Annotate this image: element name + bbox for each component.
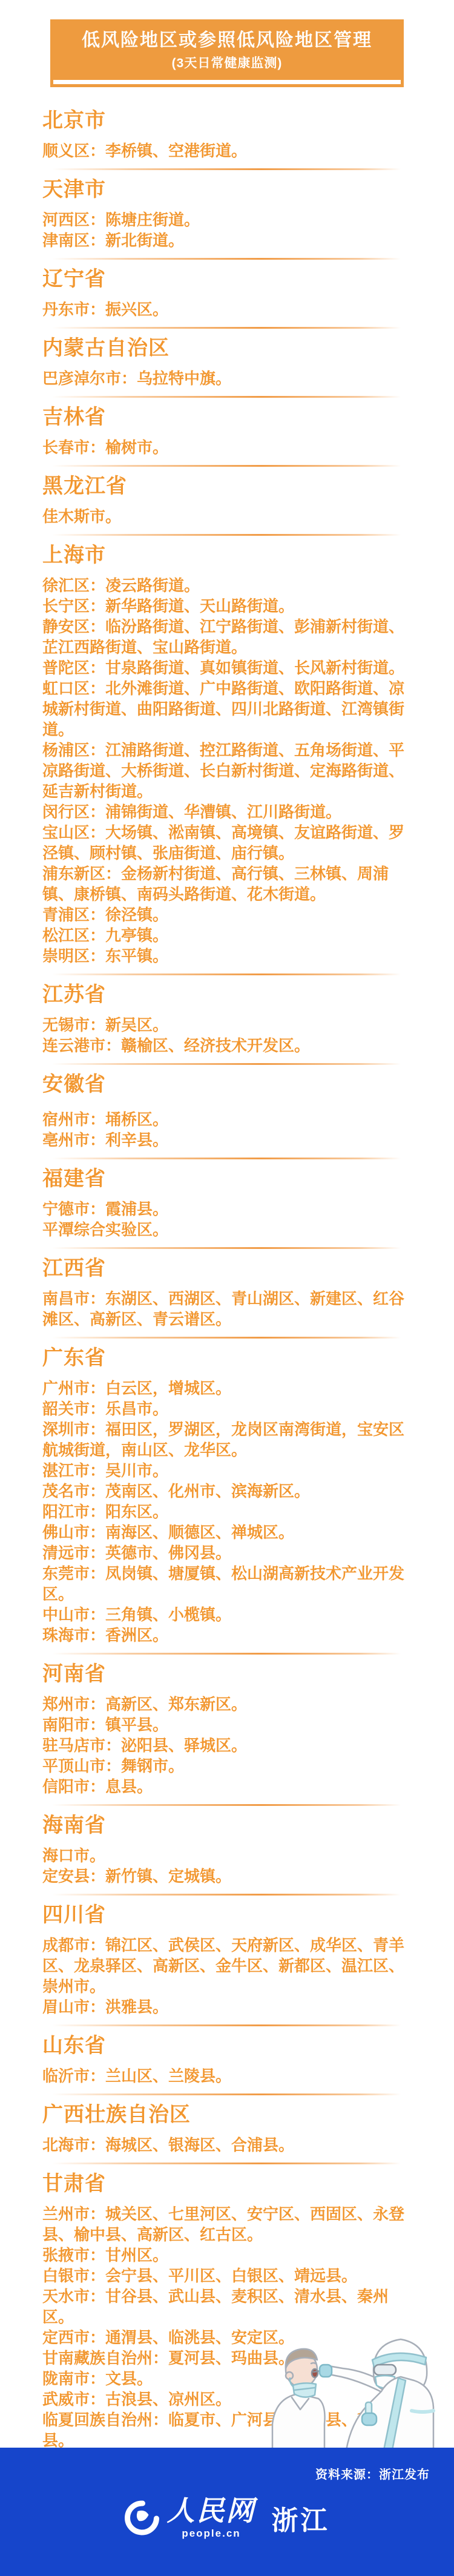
infographic-page: 低风险地区或参照低风险地区管理 (3天日常健康监测) 北京市顺义区：李桥镇、空港… (0, 0, 454, 2576)
province-section: 四川省成都市：锦江区、武侯区、天府新区、成华区、青羊区、龙泉驿区、高新区、金牛区… (42, 1903, 407, 2017)
province-heading: 天津市 (42, 178, 407, 201)
area-entry: 平顶山市：舞钢市。 (42, 1756, 407, 1776)
province-section: 江西省南昌市：东湖区、西湖区、青山湖区、新建区、红谷滩区、高新区、青云谱区。 (42, 1257, 407, 1329)
page-subtitle: (3天日常健康监测) (50, 56, 404, 71)
area-entry: 深圳市：福田区，罗湖区，龙岗区南湾街道，宝安区航城街道，南山区、龙华区。 (42, 1419, 407, 1460)
section-divider (52, 327, 401, 329)
logo-domain: people.cn (167, 2528, 256, 2540)
section-divider (52, 1653, 401, 1655)
area-entry: 南昌市：东湖区、西湖区、青山湖区、新建区、红谷滩区、高新区、青云谱区。 (42, 1288, 407, 1329)
people-cn-logo: 人民网 people.cn 浙江 (125, 2496, 330, 2540)
section-divider (52, 1063, 401, 1065)
section-divider (52, 1804, 401, 1806)
section-divider (52, 2163, 401, 2164)
section-divider (52, 168, 401, 170)
area-entry: 成都市：锦江区、武侯区、天府新区、成华区、青羊区、龙泉驿区、高新区、金牛区、新都… (42, 1935, 407, 1997)
section-divider (52, 1894, 401, 1896)
province-heading: 吉林省 (42, 406, 407, 429)
page-title: 低风险地区或参照低风险地区管理 (50, 29, 404, 52)
area-entry: 东莞市：凤岗镇、塘厦镇、松山湖高新技术产业开发区。 (42, 1563, 407, 1604)
area-entry: 驻马店市：泌阳县、驿城区。 (42, 1735, 407, 1756)
footer: 资料来源：浙江发布 人民网 people.cn 浙江 (0, 2448, 454, 2576)
section-divider (52, 1337, 401, 1339)
province-heading: 江西省 (42, 1257, 407, 1280)
area-entry: 张掖市：甘州区。 (42, 2245, 407, 2265)
province-heading: 广东省 (42, 1346, 407, 1369)
province-section: 内蒙古自治区巴彦淖尔市：乌拉特中旗。 (42, 337, 407, 389)
province-section: 广东省广州市：白云区，增城区。韶关市：乐昌市。深圳市：福田区，罗湖区，龙岗区南湾… (42, 1346, 407, 1645)
area-entry: 连云港市：赣榆区、经济技术开发区。 (42, 1035, 407, 1056)
province-sections: 北京市顺义区：李桥镇、空港街道。天津市河西区：陈塘庄街道。津南区：新北街道。辽宁… (0, 87, 454, 2451)
source-credit: 资料来源：浙江发布 (315, 2465, 430, 2482)
area-entry: 茂名市：茂南区、化州市、滨海新区。 (42, 1481, 407, 1501)
section-divider (52, 258, 401, 260)
section-divider (52, 2093, 401, 2095)
area-entry: 巴彦淖尔市：乌拉特中旗。 (42, 368, 407, 389)
province-heading: 甘肃省 (42, 2172, 407, 2195)
area-entry: 长春市：榆树市。 (42, 437, 407, 458)
area-entry: 南阳市：镇平县。 (42, 1715, 407, 1735)
area-entry: 顺义区：李桥镇、空港街道。 (42, 140, 407, 161)
province-section: 北京市顺义区：李桥镇、空港街道。 (42, 109, 407, 161)
area-entry: 广州市：白云区，增城区。 (42, 1378, 407, 1398)
area-entry: 湛江市：吴川市。 (42, 1460, 407, 1481)
area-entry: 兰州市：城关区、七里河区、安宁区、西固区、永登县、榆中县、高新区、红古区。 (42, 2204, 407, 2245)
province-heading: 安徽省 (42, 1073, 407, 1096)
province-section: 黑龙江省佳木斯市。 (42, 475, 407, 527)
area-entry: 珠海市：香洲区。 (42, 1625, 407, 1645)
province-heading: 河南省 (42, 1662, 407, 1685)
area-entry: 佳木斯市。 (42, 506, 407, 527)
province-heading: 辽宁省 (42, 268, 407, 291)
area-entry: 虹口区：北外滩街道、广中路街道、欧阳路街道、凉城新村街道、曲阳路街道、四川北路街… (42, 678, 407, 740)
province-section: 辽宁省丹东市：振兴区。 (42, 268, 407, 320)
logo-text: 人民网 people.cn (167, 2496, 256, 2540)
section-divider (52, 465, 401, 467)
logo-region: 浙江 (272, 2499, 330, 2537)
area-entry: 郑州市：高新区、郑东新区。 (42, 1694, 407, 1715)
section-divider (52, 534, 401, 536)
area-entry: 阳江市：阳东区。 (42, 1501, 407, 1522)
province-heading: 上海市 (42, 544, 407, 567)
province-section: 河南省郑州市：高新区、郑东新区。南阳市：镇平县。驻马店市：泌阳县、驿城区。平顶山… (42, 1662, 407, 1797)
area-entry: 河西区：陈塘庄街道。 (42, 209, 407, 230)
area-entry: 中山市：三角镇、小榄镇。 (42, 1604, 407, 1625)
area-entry: 普陀区：甘泉路街道、真如镇街道、长风新村街道。 (42, 657, 407, 678)
province-section: 广西壮族自治区北海市：海城区、银海区、合浦县。 (42, 2103, 407, 2155)
area-entry: 亳州市：利辛县。 (42, 1130, 407, 1150)
section-divider (52, 1158, 401, 1159)
area-entry: 徐汇区：凌云路街道。 (42, 575, 407, 596)
header-banner: 低风险地区或参照低风险地区管理 (3天日常健康监测) (50, 19, 404, 87)
province-section: 福建省宁德市：霞浦县。平潭综合实验区。 (42, 1167, 407, 1240)
area-entry: 海口市。 (42, 1845, 407, 1866)
area-entry: 定安县：新竹镇、定城镇。 (42, 1866, 407, 1886)
area-entry: 静安区：临汾路街道、江宁路街道、彭浦新村街道、芷江西路街道、宝山路街道。 (42, 616, 407, 657)
province-section: 安徽省宿州市：埇桥区。亳州市：利辛县。 (42, 1073, 407, 1150)
swab-test-illustration (255, 2332, 437, 2450)
province-section: 山东省临沂市：兰山区、兰陵县。 (42, 2034, 407, 2086)
province-section: 上海市徐汇区：凌云路街道。长宁区：新华路街道、天山路街道。静安区：临汾路街道、江… (42, 544, 407, 966)
area-entry: 天水市：甘谷县、武山县、麦积区、清水县、秦州区。 (42, 2286, 407, 2327)
section-divider (52, 2024, 401, 2026)
area-entry: 长宁区：新华路街道、天山路街道。 (42, 596, 407, 616)
section-divider (52, 396, 401, 398)
area-entry: 崇明区：东平镇。 (42, 946, 407, 966)
province-section: 海南省海口市。定安县：新竹镇、定城镇。 (42, 1814, 407, 1886)
area-entry: 信阳市：息县。 (42, 1776, 407, 1797)
area-entry: 宁德市：霞浦县。 (42, 1199, 407, 1219)
area-entry: 佛山市：南海区、顺德区、禅城区。 (42, 1522, 407, 1543)
area-entry: 丹东市：振兴区。 (42, 299, 407, 320)
area-entry: 无锡市：新吴区。 (42, 1015, 407, 1035)
area-entry: 白银市：会宁县、平川区、白银区、靖远县。 (42, 2265, 407, 2286)
province-heading: 黑龙江省 (42, 475, 407, 498)
area-entry: 津南区：新北街道。 (42, 230, 407, 251)
section-divider (52, 1247, 401, 1249)
province-heading: 江苏省 (42, 983, 407, 1006)
area-entry: 闵行区：浦锦街道、华漕镇、江川路街道。 (42, 802, 407, 822)
area-entry: 眉山市：洪雅县。 (42, 1997, 407, 2017)
province-section: 天津市河西区：陈塘庄街道。津南区：新北街道。 (42, 178, 407, 251)
province-heading: 四川省 (42, 1903, 407, 1926)
province-heading: 广西壮族自治区 (42, 2103, 407, 2126)
area-entry: 北海市：海城区、银海区、合浦县。 (42, 2135, 407, 2155)
people-cn-logo-icon (125, 2500, 160, 2535)
province-section: 吉林省长春市：榆树市。 (42, 406, 407, 458)
area-entry: 宝山区：大场镇、淞南镇、高境镇、友谊路街道、罗泾镇、顾村镇、张庙街道、庙行镇。 (42, 822, 407, 863)
area-entry: 韶关市：乐昌市。 (42, 1398, 407, 1419)
logo-wordmark: 人民网 (167, 2496, 256, 2525)
banner-underline (53, 80, 401, 84)
area-entry: 临沂市：兰山区、兰陵县。 (42, 2066, 407, 2086)
province-heading: 北京市 (42, 109, 407, 132)
area-entry: 杨浦区：江浦路街道、控江路街道、五角场街道、平凉路街道、大桥街道、长白新村街道、… (42, 740, 407, 802)
area-entry: 松江区：九亭镇。 (42, 925, 407, 946)
area-entry: 平潭综合实验区。 (42, 1219, 407, 1240)
area-entry: 宿州市：埇桥区。 (42, 1109, 407, 1130)
area-entry: 青浦区：徐泾镇。 (42, 904, 407, 925)
province-heading: 山东省 (42, 2034, 407, 2057)
province-heading: 内蒙古自治区 (42, 337, 407, 360)
section-divider (52, 973, 401, 975)
area-entry: 浦东新区：金杨新村街道、高行镇、三林镇、周浦镇、康桥镇、南码头路街道、花木街道。 (42, 863, 407, 904)
area-entry: 清远市：英德市、佛冈县。 (42, 1543, 407, 1563)
province-heading: 福建省 (42, 1167, 407, 1190)
province-heading: 海南省 (42, 1814, 407, 1837)
province-section: 江苏省无锡市：新吴区。连云港市：赣榆区、经济技术开发区。 (42, 983, 407, 1056)
